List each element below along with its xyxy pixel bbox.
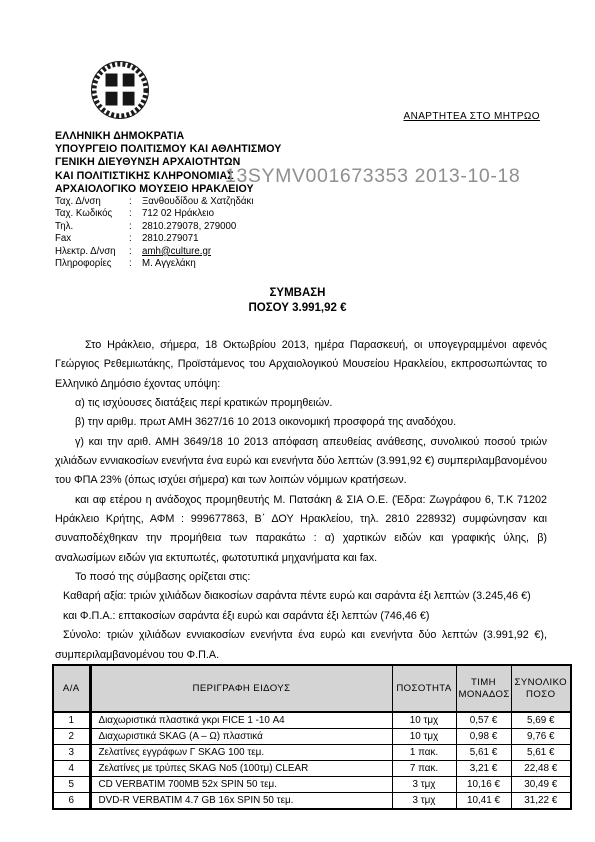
ministry-line: ΥΠΟΥΡΓΕΙΟ ΠΟΛΙΤΙΣΜΟΥ ΚΑΙ ΑΘΛΗΤΙΣΜΟΥ — [55, 143, 281, 156]
ministry-line: ΕΛΛΗΝΙΚΗ ΔΗΜΟΚΡΑΤΙΑ — [55, 130, 281, 143]
item-description: Ζελατίνες εγγράφων Γ SKAG 100 τεμ. — [90, 745, 392, 761]
item-total: 22,48 € — [511, 761, 571, 777]
document-page: ΑΝΑΡΤΗΤΕΑ ΣΤΟ ΜΗΤΡΩΟ ΕΛΛΗΝΙΚΗ ΔΗΜΟΚΡΑΤΙΑ… — [0, 0, 595, 842]
item-unit-price: 0,57 € — [456, 712, 511, 729]
contact-separator: : — [129, 196, 142, 208]
item-unit-price: 10,41 € — [456, 793, 511, 810]
col-header-1: ΠΕΡΙΓΡΑΦΗ ΕΙΔΟΥΣ — [90, 665, 392, 712]
body-paragraph: Σύνολο: τριών χιλιάδων εννιακοσίων ενενή… — [55, 626, 547, 665]
col-header-2: ΠΟΣΟΤΗΤΑ — [392, 665, 456, 712]
contact-value: 2810.279071 — [142, 233, 199, 245]
body-paragraph: α) τις ισχύουσες διατάξεις περί κρατικών… — [55, 394, 547, 413]
contact-label: Ηλεκτρ. Δ/νση — [55, 246, 129, 258]
table-row: 5CD VERBATIM 700MB 52x SPIN 50 τεμ.3 τμχ… — [53, 777, 571, 793]
body-paragraph: β) την αριθμ. πρωτ ΑΜΗ 3627/16 10 2013 ο… — [55, 413, 547, 432]
item-total: 9,76 € — [511, 729, 571, 745]
item-total: 30,49 € — [511, 777, 571, 793]
table-row: 3Ζελατίνες εγγράφων Γ SKAG 100 τεμ.1 πακ… — [53, 745, 571, 761]
contact-separator: : — [129, 221, 142, 233]
contact-row: Ταχ. Κωδικός:712 02 Ηράκλειο — [55, 208, 254, 220]
body-paragraph: Στο Ηράκλειο, σήμερα, 18 Οκτωβρίου 2013,… — [55, 336, 547, 394]
contact-separator: : — [129, 208, 142, 220]
item-total: 5,69 € — [511, 712, 571, 729]
contact-row: Ηλεκτρ. Δ/νση:amh@culture.gr — [55, 246, 254, 258]
item-quantity: 1 πακ. — [392, 745, 456, 761]
item-description: CD VERBATIM 700MB 52x SPIN 50 τεμ. — [90, 777, 392, 793]
contract-body: Στο Ηράκλειο, σήμερα, 18 Οκτωβρίου 2013,… — [55, 336, 547, 665]
item-quantity: 3 τμχ — [392, 777, 456, 793]
item-unit-price: 10,16 € — [456, 777, 511, 793]
contact-label: Ταχ. Κωδικός — [55, 208, 129, 220]
item-unit-price: 5,61 € — [456, 745, 511, 761]
item-unit-price: 3,21 € — [456, 761, 511, 777]
item-quantity: 10 τμχ — [392, 712, 456, 729]
contact-separator: : — [129, 258, 142, 270]
greek-coat-of-arms-logo — [91, 60, 149, 121]
items-table-header-row: Α/ΑΠΕΡΙΓΡΑΦΗ ΕΙΔΟΥΣΠΟΣΟΤΗΤΑΤΙΜΗ ΜΟΝΑΔΟΣΣ… — [53, 665, 571, 712]
item-description: Ζελατίνες με τρύπες SKAG Νο5 (100τμ) CLE… — [90, 761, 392, 777]
item-index: 6 — [53, 793, 90, 810]
item-unit-price: 0,98 € — [456, 729, 511, 745]
item-quantity: 3 τμχ — [392, 793, 456, 810]
item-total: 31,22 € — [511, 793, 571, 810]
item-description: Διαχωριστικά πλαστικά γκρι FICE 1 -10 Α4 — [90, 712, 392, 729]
contact-label: Fax — [55, 233, 129, 245]
contact-block: Ταχ. Δ/νση:Ξανθουδίδου & ΧατζηδάκιΤαχ. Κ… — [55, 196, 254, 270]
table-row: 4Ζελατίνες με τρύπες SKAG Νο5 (100τμ) CL… — [53, 761, 571, 777]
contact-value: Μ. Αγγελάκη — [142, 258, 196, 270]
title-block: ΣΥΜΒΑΣΗ ΠΟΣΟΥ 3.991,92 € — [0, 286, 595, 315]
col-header-0: Α/Α — [53, 665, 90, 712]
item-description: DVD-R VERBATIM 4.7 GB 16x SPIN 50 τεμ. — [90, 793, 392, 810]
item-quantity: 7 πακ. — [392, 761, 456, 777]
contact-value: 2810.279078, 279000 — [142, 221, 236, 233]
item-index: 4 — [53, 761, 90, 777]
body-paragraph: και αφ ετέρου η ανάδοχος προμηθευτής Μ. … — [55, 491, 547, 568]
body-paragraph: και Φ.Π.Α.: επτακοσίων σαράντα έξι ευρώ … — [55, 607, 547, 626]
item-index: 3 — [53, 745, 90, 761]
contract-title: ΣΥΜΒΑΣΗ — [0, 286, 595, 301]
items-table: Α/ΑΠΕΡΙΓΡΑΦΗ ΕΙΔΟΥΣΠΟΣΟΤΗΤΑΤΙΜΗ ΜΟΝΑΔΟΣΣ… — [52, 664, 572, 810]
email-link[interactable]: amh@culture.gr — [142, 246, 211, 258]
contact-separator: : — [129, 246, 142, 258]
contact-row: Fax:2810.279071 — [55, 233, 254, 245]
item-total: 5,61 € — [511, 745, 571, 761]
table-row: 6DVD-R VERBATIM 4.7 GB 16x SPIN 50 τεμ.3… — [53, 793, 571, 810]
contact-label: Τηλ. — [55, 221, 129, 233]
item-index: 5 — [53, 777, 90, 793]
item-index: 2 — [53, 729, 90, 745]
contact-label: Πληροφορίες — [55, 258, 129, 270]
contact-label: Ταχ. Δ/νση — [55, 196, 129, 208]
table-row: 2Διαχωριστικά SKAG (Α – Ω) πλαστικά10 τμ… — [53, 729, 571, 745]
item-index: 1 — [53, 712, 90, 729]
contact-separator: : — [129, 233, 142, 245]
contact-value: 712 02 Ηράκλειο — [142, 208, 214, 220]
col-header-3: ΤΙΜΗ ΜΟΝΑΔΟΣ — [456, 665, 511, 712]
col-header-4: ΣΥΝΟΛΙΚΟ ΠΟΣΟ — [511, 665, 571, 712]
coat-of-arms-icon — [91, 60, 149, 121]
registry-number-watermark: 13SYMV001673353 2013-10-18 — [225, 165, 520, 188]
registry-annotation: ΑΝΑΡΤΗΤΕΑ ΣΤΟ ΜΗΤΡΩΟ — [404, 111, 541, 122]
body-paragraph: Καθαρή αξία: τριών χιλιάδων διακοσίων σα… — [55, 587, 547, 606]
item-quantity: 10 τμχ — [392, 729, 456, 745]
body-paragraph: γ) και την αριθ. ΑΜΗ 3649/18 10 2013 από… — [55, 433, 547, 491]
body-paragraph: Το ποσό της σύμβασης ορίζεται στις: — [55, 568, 547, 587]
contract-amount: ΠΟΣΟΥ 3.991,92 € — [0, 301, 595, 316]
contact-row: Ταχ. Δ/νση:Ξανθουδίδου & Χατζηδάκι — [55, 196, 254, 208]
contact-row: Τηλ.:2810.279078, 279000 — [55, 221, 254, 233]
contact-value: Ξανθουδίδου & Χατζηδάκι — [142, 196, 254, 208]
contact-row: Πληροφορίες:Μ. Αγγελάκη — [55, 258, 254, 270]
table-row: 1Διαχωριστικά πλαστικά γκρι FICE 1 -10 Α… — [53, 712, 571, 729]
item-description: Διαχωριστικά SKAG (Α – Ω) πλαστικά — [90, 729, 392, 745]
